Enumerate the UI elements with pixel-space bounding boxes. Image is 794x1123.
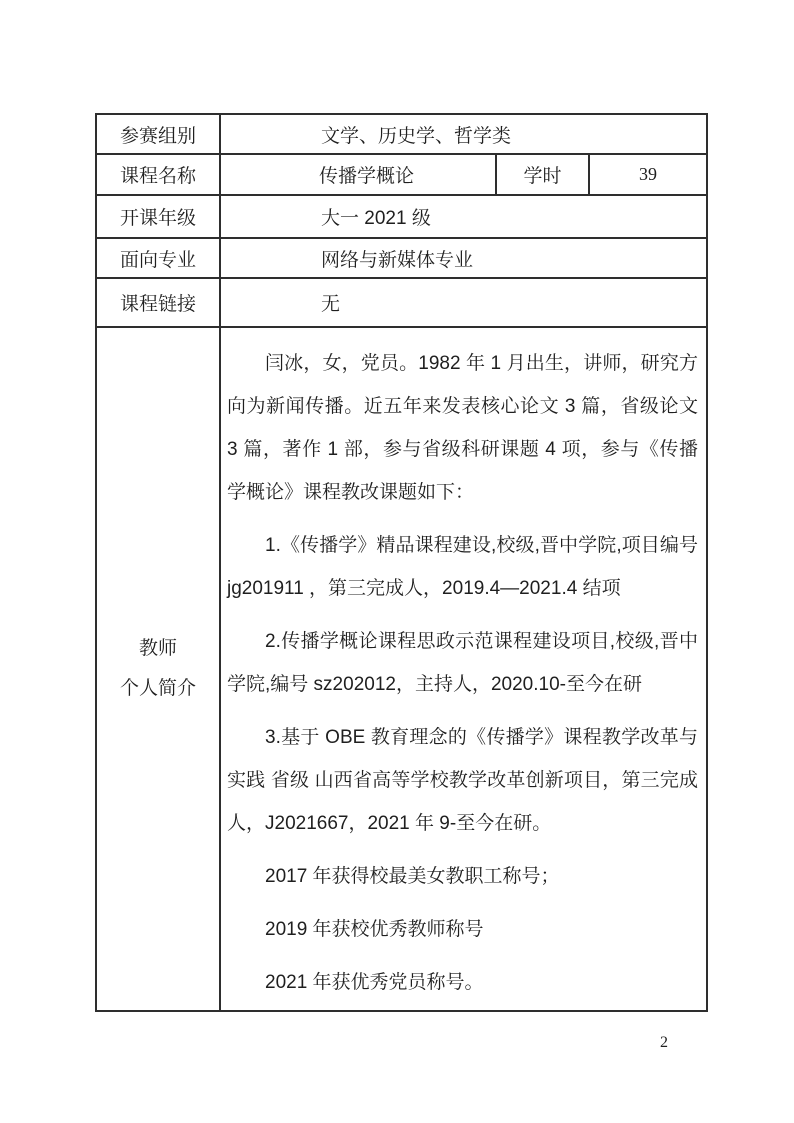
class-hours-label: 学时 [497,155,590,194]
row-participation-group: 参赛组别 文学、历史学、哲学类 [97,115,706,155]
bio-paragraph: 2.传播学概论课程思政示范课程建设项目,校级,晋中学院,编号 sz202012，… [227,620,698,706]
course-link-value: 无 [221,279,706,326]
participation-group-value: 文学、历史学、哲学类 [221,115,706,153]
bio-paragraph: 闫冰，女，党员。1982 年 1 月出生，讲师，研究方向为新闻传播。近五年来发表… [227,342,698,514]
row-teacher-bio: 教师 个人简介 闫冰，女，党员。1982 年 1 月出生，讲师，研究方向为新闻传… [97,328,706,1010]
course-name-label: 课程名称 [97,155,221,194]
teacher-bio-label-line2: 个人简介 [120,669,196,709]
document-page: 参赛组别 文学、历史学、哲学类 课程名称 传播学概论 学时 39 开课年级 大一… [0,0,794,1123]
start-grade-value: 大一 2021 级 [221,196,706,237]
course-link-label: 课程链接 [97,279,221,326]
row-start-grade: 开课年级 大一 2021 级 [97,196,706,239]
course-name-value: 传播学概论 [221,155,497,194]
bio-paragraph: 2017 年获得校最美女教职工称号； [227,855,698,898]
target-major-value: 网络与新媒体专业 [221,239,706,277]
teacher-bio-label-line1: 教师 [139,629,177,669]
class-hours-value: 39 [590,155,706,194]
bio-paragraph: 2019 年获校优秀教师称号 [227,908,698,951]
bio-paragraph: 2021 年获优秀党员称号。 [227,961,698,1004]
bio-paragraph: 3.基于 OBE 教育理念的《传播学》课程教学改革与实践 省级 山西省高等学校教… [227,716,698,845]
page-number: 2 [660,1034,668,1052]
teacher-bio-content: 闫冰，女，党员。1982 年 1 月出生，讲师，研究方向为新闻传播。近五年来发表… [221,328,706,1010]
row-target-major: 面向专业 网络与新媒体专业 [97,239,706,279]
row-course-link: 课程链接 无 [97,279,706,328]
teacher-bio-label: 教师 个人简介 [97,328,221,1010]
participation-group-label: 参赛组别 [97,115,221,153]
start-grade-label: 开课年级 [97,196,221,237]
bio-paragraph: 1.《传播学》精品课程建设,校级,晋中学院,项目编号 jg201911 ，第三完… [227,524,698,610]
course-info-table: 参赛组别 文学、历史学、哲学类 课程名称 传播学概论 学时 39 开课年级 大一… [95,113,708,1012]
row-course-name: 课程名称 传播学概论 学时 39 [97,155,706,196]
target-major-label: 面向专业 [97,239,221,277]
